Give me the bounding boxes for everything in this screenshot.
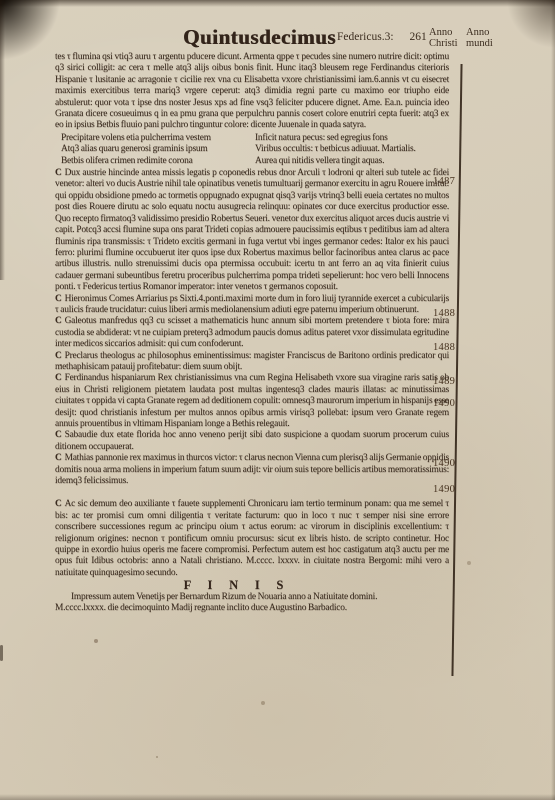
page-edge-shadow-left <box>0 0 5 280</box>
anno-christi-line1: Anno <box>429 27 458 38</box>
page-edge-mark-left <box>0 645 3 661</box>
verse-quotation: Precipitare volens etia pulcherrima vest… <box>61 133 449 167</box>
anno-mundi-line2: mundi <box>466 38 493 49</box>
page-edge-shadow-top-right <box>495 0 555 55</box>
colophon: Impressum autem Venetijs per Bernardum R… <box>55 592 449 615</box>
paragraph-mark: C <box>55 373 65 383</box>
verse-line: Atq3 alias quaru generosi graminis ipsum… <box>61 144 449 155</box>
paragraph-text: Preclarus theologus ac philosophus emine… <box>55 351 449 372</box>
page-edge-shadow-right <box>551 0 555 800</box>
paragraph-text: Ferdinandus hispaniarum Rex christianiss… <box>55 373 449 429</box>
paragraph-mark: C <box>55 168 65 178</box>
colophon-line: Impressum autem Venetijs per Bernardum R… <box>55 592 449 603</box>
folio-number: 261 <box>410 31 427 43</box>
running-head-text: Federicus.3: <box>337 31 394 43</box>
paragraph-mark: C <box>55 499 65 509</box>
verse-left: Precipitare volens etia pulcherrima vest… <box>61 133 255 144</box>
closing-paragraph: CAc sic demum deo auxiliante τ fauete su… <box>55 499 449 579</box>
chronicle-paragraph: CGaleotus manfredus qq3 cu scisset a mat… <box>55 316 449 350</box>
paragraph-text: Galeotus manfredus qq3 cu scisset a math… <box>55 316 449 349</box>
chronicle-paragraph: CDux austrie hincinde antea missis legat… <box>55 168 449 293</box>
paragraph-text: Dux austrie hincinde antea missis legati… <box>55 168 449 292</box>
paragraph-mark: C <box>55 316 65 326</box>
chronicle-paragraph: CPreclarus theologus ac philosophus emin… <box>55 351 449 374</box>
paragraph-text: Ac sic demum deo auxiliante τ fauete sup… <box>55 499 449 577</box>
chronicle-paragraph: CFerdinandus hispaniarum Rex christianis… <box>55 373 449 430</box>
chronicle-paragraph: CMathias pannonie rex maximus in thurcos… <box>55 453 449 487</box>
verse-line: Precipitare volens etia pulcherrima vest… <box>61 133 449 144</box>
paragraph-mark: C <box>55 351 65 361</box>
anno-mundi-label: Anno mundi <box>466 27 493 49</box>
anno-christi-line2: Christi <box>429 38 458 49</box>
finis-label: F I N I S <box>55 580 449 591</box>
running-head: Federicus.3:261 <box>337 31 427 43</box>
verse-left: Betbis olifera crimen redimite corona <box>61 156 255 167</box>
paragraph-text: Hieronimus Comes Arriarius ps Sixti.4.po… <box>55 294 449 315</box>
verse-right: Inficit natura pecus: sed egregius fons <box>255 133 449 144</box>
intro-paragraph: tes τ flumina qsi vtiq3 auru τ argentu p… <box>55 52 449 132</box>
verse-line: Betbis olifera crimen redimite corona Au… <box>61 156 449 167</box>
scanned-book-page: Quintusdecimus Federicus.3:261 Anno Chri… <box>0 0 555 800</box>
chronicle-paragraph: CSabaudie dux etate florida hoc anno ven… <box>55 430 449 453</box>
verse-left: Atq3 alias quaru generosi graminis ipsum <box>61 144 255 155</box>
colophon-line: M.cccc.lxxxx. die decimoquinto Madij reg… <box>55 603 449 614</box>
column-divider-rule <box>451 64 462 676</box>
paragraph-text: Sabaudie dux etate florida hoc anno vene… <box>55 430 449 451</box>
verse-right: Viribus occultis: τ betbicus adiuuat. Ma… <box>255 144 449 155</box>
page-edge-shadow-top <box>0 0 555 7</box>
paragraph-text: Mathias pannonie rex maximus in thurcos … <box>55 453 449 486</box>
page-title: Quintusdecimus <box>183 25 336 50</box>
paragraph-mark: C <box>55 453 65 463</box>
page-edge-shadow-bottom <box>0 794 555 800</box>
paragraph-mark: C <box>55 430 65 440</box>
chronicle-paragraph: CHieronimus Comes Arriarius ps Sixti.4.p… <box>55 294 449 317</box>
verse-right: Aurea qui nitidis vellera tingit aquas. <box>255 156 449 167</box>
paragraph-mark: C <box>55 294 65 304</box>
anno-mundi-line1: Anno <box>466 27 493 38</box>
paper-specks <box>0 0 2 2</box>
text-block: tes τ flumina qsi vtiq3 auru τ argentu p… <box>55 52 449 615</box>
anno-christi-label: Anno Christi <box>429 27 458 49</box>
